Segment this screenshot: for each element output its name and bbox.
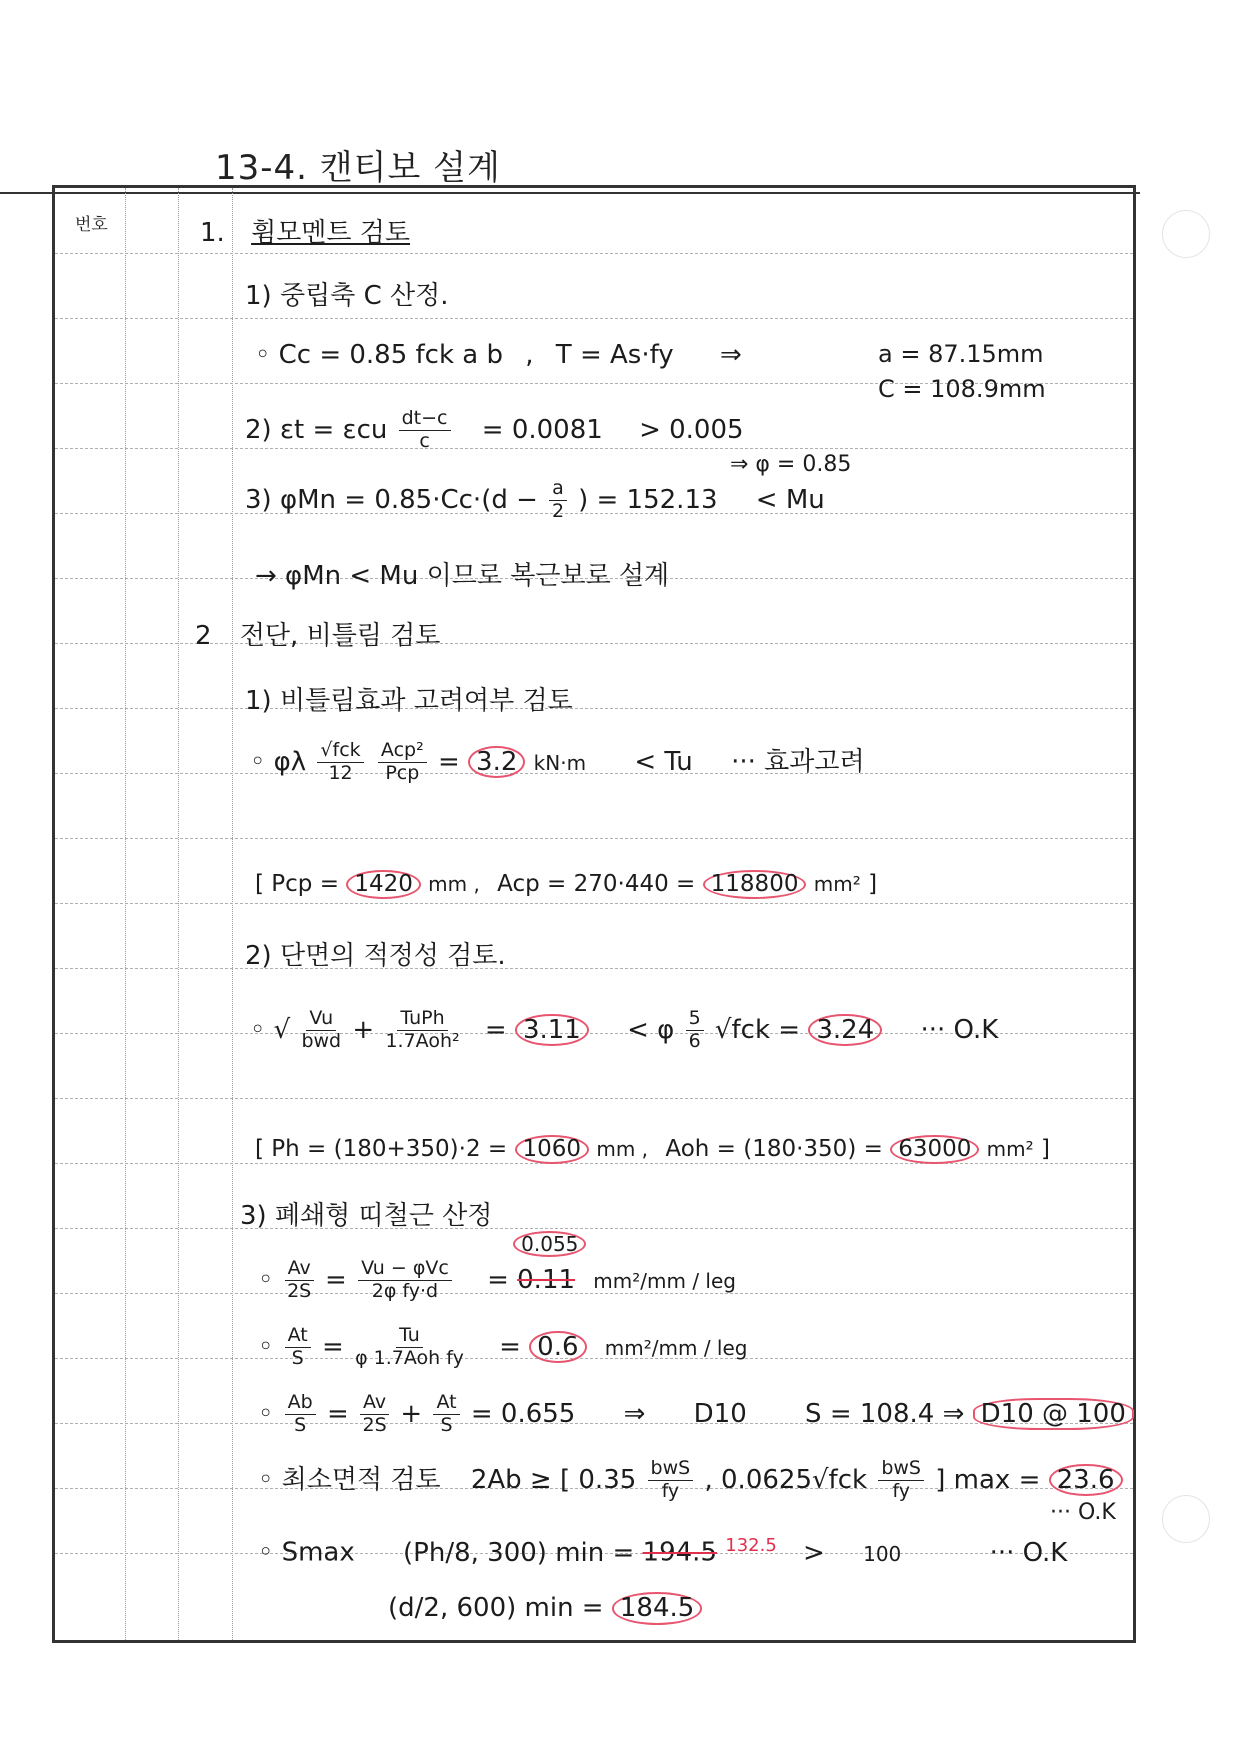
section-2-heading: 2 전단, 비틀림 검토 (195, 615, 440, 652)
av-equation: ◦ Av 2S = Vu − φVc 2φ fy·d = 0.11 0.055 … (258, 1258, 736, 1303)
rule (55, 1098, 1133, 1099)
s1-step1-equation: ◦ Cc = 0.85 fck a b , T = As·fy ⇒ (255, 340, 742, 370)
bullet: ◦ (255, 340, 270, 370)
eq-t: T = As·fy (556, 340, 674, 370)
corrected-value: 0.055 (513, 1231, 586, 1257)
s2-step1-equation: ◦ φλ √fck 12 Acp² Pcp = 3.2 kN·m < Tu ··… (250, 740, 865, 785)
moment-compare: < Mu (756, 485, 825, 515)
rule (55, 1228, 1133, 1229)
phi-result: ⇒ φ = 0.85 (730, 452, 851, 477)
s1-step2: 2) εt = εcu dt−c c = 0.0081 > 0.005 (245, 408, 744, 453)
rule (55, 318, 1133, 319)
a-over-2: a 2 (549, 478, 567, 523)
strain-lhs: εt = εcu (280, 415, 387, 445)
s2-step1-label: 1) 비틀림효과 고려여부 검토 (245, 680, 573, 717)
rule (55, 708, 1133, 709)
s1-step3: 3) φMn = 0.85·Cc·(d − a 2 ) = 152.13 < M… (245, 478, 825, 523)
section-1-heading: 1. 휨모멘트 검토 (200, 212, 410, 249)
rule (55, 253, 1133, 254)
strain-value: = 0.0081 (482, 415, 603, 445)
remark: ··· 효과고려 (731, 747, 865, 777)
ab-equation: ◦ Ab S = Av 2S + At S = 0.655 ⇒ D10 S = … (258, 1392, 1134, 1437)
remark: ··· O.K (920, 1015, 998, 1045)
moment-expr: φMn = 0.85·Cc·(d − (280, 485, 538, 515)
s2-step2-label: 2) 단면의 적정성 검토. (245, 935, 506, 972)
s2-step3-label: 3) 폐쇄형 띠철근 산정 (240, 1195, 492, 1232)
smax-line-2: (d/2, 600) min = 184.5 (388, 1592, 702, 1625)
s2-step1-note: [ Pcp = 1420 mm , Acp = 270·440 = 118800… (255, 870, 877, 899)
remark: ··· O.K (1050, 1500, 1116, 1525)
result-c: C = 108.9mm (878, 375, 1046, 403)
section-title: 휨모멘트 검토 (251, 218, 410, 248)
section-number: 2 (195, 621, 212, 651)
strain-fraction: dt−c c (399, 408, 451, 453)
circled-value: 3.2 (468, 746, 525, 779)
section-number: 1. (200, 218, 225, 248)
min-area-check: ◦ 최소면적 검토 2Ab ≥ [ 0.35 bwS fy , 0.0625√f… (258, 1458, 1123, 1503)
section-title: 전단, 비틀림 검토 (240, 621, 441, 651)
page-title: 13-4. 캔티보 설계 (215, 140, 501, 189)
s1-conclusion: → φMn < Mu 이므로 복근보로 설계 (255, 555, 669, 592)
punch-hole-top (1162, 210, 1210, 258)
eq-cc: Cc = 0.85 fck a b (279, 340, 503, 370)
smax-line-1: ◦ Smax (Ph/8, 300) min = 194.5 132.5 > 1… (258, 1535, 1067, 1568)
s2-step2-equation: ◦ √ Vu bwd + TuPh 1.7Aoh² = 3.11 < φ 5 6… (250, 1008, 998, 1053)
implies-arrow: ⇒ (720, 340, 742, 370)
s2-step2-note: [ Ph = (180+350)·2 = 1060 mm , Aoh = (18… (255, 1135, 1050, 1164)
punch-hole-bottom (1162, 1495, 1210, 1543)
strain-compare: > 0.005 (639, 415, 743, 445)
bar-size: D10 (694, 1399, 747, 1429)
number-column-header: 번호 (75, 210, 108, 235)
rule (55, 903, 1133, 904)
rule (55, 838, 1133, 839)
s1-step1-label: 1) 중립축 C 산정. (245, 275, 448, 312)
at-equation: ◦ At S = Tu φ 1.7Aoh fy = 0.6 mm²/mm / l… (258, 1325, 747, 1370)
moment-result: ) = 152.13 (578, 485, 717, 515)
final-stirrup: D10 @ 100 (973, 1398, 1134, 1431)
result-a: a = 87.15mm (878, 340, 1044, 368)
struck-value: 0.11 (517, 1265, 575, 1295)
rule (55, 968, 1133, 969)
